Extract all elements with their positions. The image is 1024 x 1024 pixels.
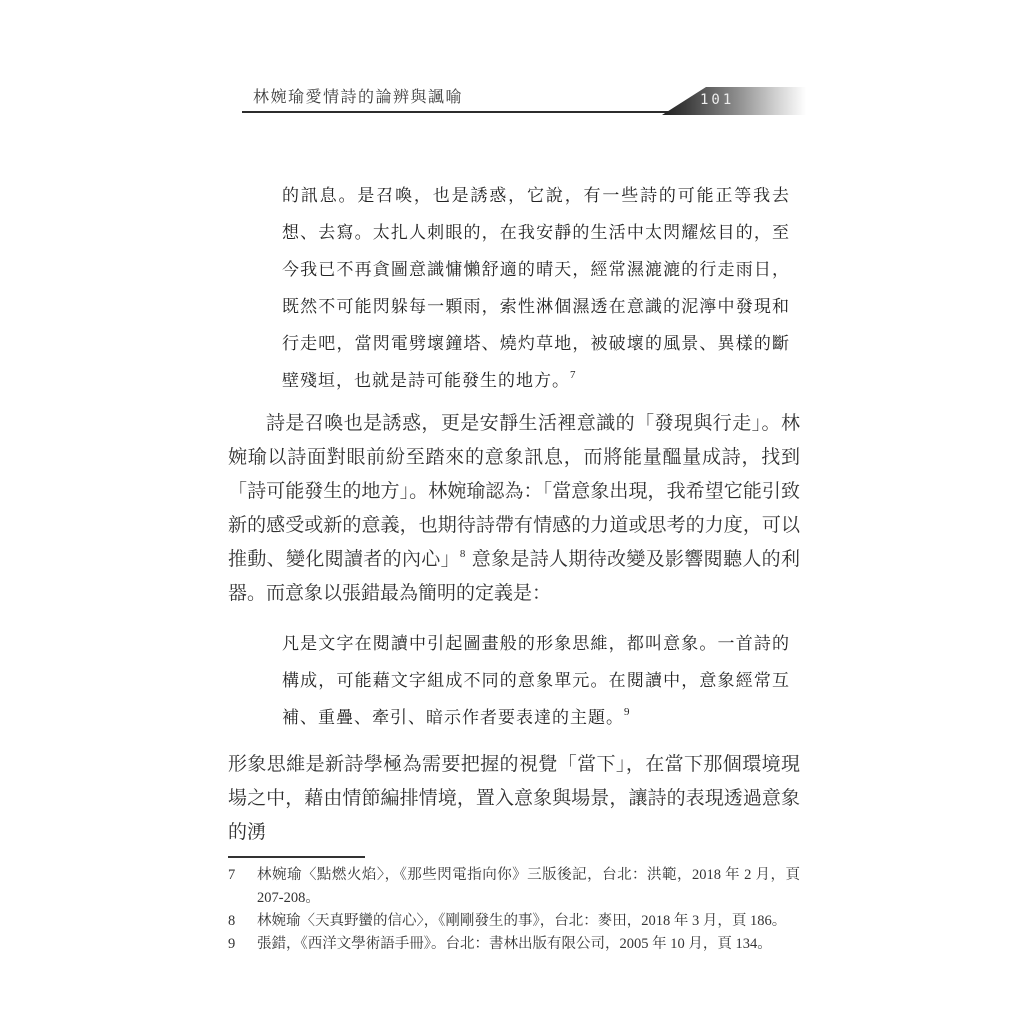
page-content: 林婉瑜愛情詩的論辨與諷喻 101 的訊息。是召喚，也是誘惑，它說，有一些詩的可能… (228, 86, 800, 956)
footnote-number: 9 (228, 933, 257, 956)
footnote-7: 7 林婉瑜〈點燃火焰〉，《那些閃電指向你》三版後記，台北：洪範，2018 年 2… (228, 864, 800, 910)
paragraph-1: 詩是召喚也是誘惑，更是安靜生活裡意識的「發現與行走」。林婉瑜以詩面對眼前紛至踏來… (228, 407, 800, 611)
page-number: 101 (700, 92, 734, 108)
footnote-number: 8 (228, 910, 257, 933)
book-page: 林婉瑜愛情詩的論辨與諷喻 101 的訊息。是召喚，也是誘惑，它說，有一些詩的可能… (0, 0, 1024, 1024)
page-number-banner: 101 (652, 87, 806, 115)
quote-1-text: 的訊息。是召喚，也是誘惑，它說，有一些詩的可能正等我去想、去寫。太扎人刺眼的，在… (282, 186, 790, 390)
footnote-ref-8: 8 (460, 548, 466, 560)
running-head-title: 林婉瑜愛情詩的論辨與諷喻 (253, 84, 463, 107)
footnote-text: 林婉瑜〈天真野蠻的信心〉，《剛剛發生的事》，台北：麥田，2018 年 3 月，頁… (257, 910, 800, 933)
paragraph-1-text-a: 詩是召喚也是誘惑，更是安靜生活裡意識的「發現與行走」。林婉瑜以詩面對眼前紛至踏來… (228, 413, 800, 570)
footnote-ref-9: 9 (624, 706, 631, 718)
footnote-9: 9 張錯，《西洋文學術語手冊》。台北：書林出版有限公司，2005 年 10 月，… (228, 933, 800, 956)
page-header: 林婉瑜愛情詩的論辨與諷喻 101 (228, 86, 800, 113)
block-quote-2: 凡是文字在閱讀中引起圖畫般的形象思維，都叫意象。一首詩的構成，可能藉文字組成不同… (282, 625, 790, 736)
footnote-text: 林婉瑜〈點燃火焰〉，《那些閃電指向你》三版後記，台北：洪範，2018 年 2 月… (257, 864, 800, 910)
block-quote-1: 的訊息。是召喚，也是誘惑，它說，有一些詩的可能正等我去想、去寫。太扎人刺眼的，在… (282, 177, 790, 399)
footnote-text: 張錯，《西洋文學術語手冊》。台北：書林出版有限公司，2005 年 10 月，頁 … (257, 933, 800, 956)
footnote-ref-7: 7 (570, 369, 577, 381)
footnotes-section: 7 林婉瑜〈點燃火焰〉，《那些閃電指向你》三版後記，台北：洪範，2018 年 2… (228, 864, 800, 956)
quote-2-text: 凡是文字在閱讀中引起圖畫般的形象思維，都叫意象。一首詩的構成，可能藉文字組成不同… (282, 634, 790, 727)
footnote-number: 7 (228, 864, 257, 910)
paragraph-2: 形象思維是新詩學極為需要把握的視覺「當下」，在當下那個環境現場之中，藉由情節編排… (228, 748, 800, 850)
footnote-8: 8 林婉瑜〈天真野蠻的信心〉，《剛剛發生的事》，台北：麥田，2018 年 3 月… (228, 910, 800, 933)
footnote-separator (228, 856, 365, 858)
